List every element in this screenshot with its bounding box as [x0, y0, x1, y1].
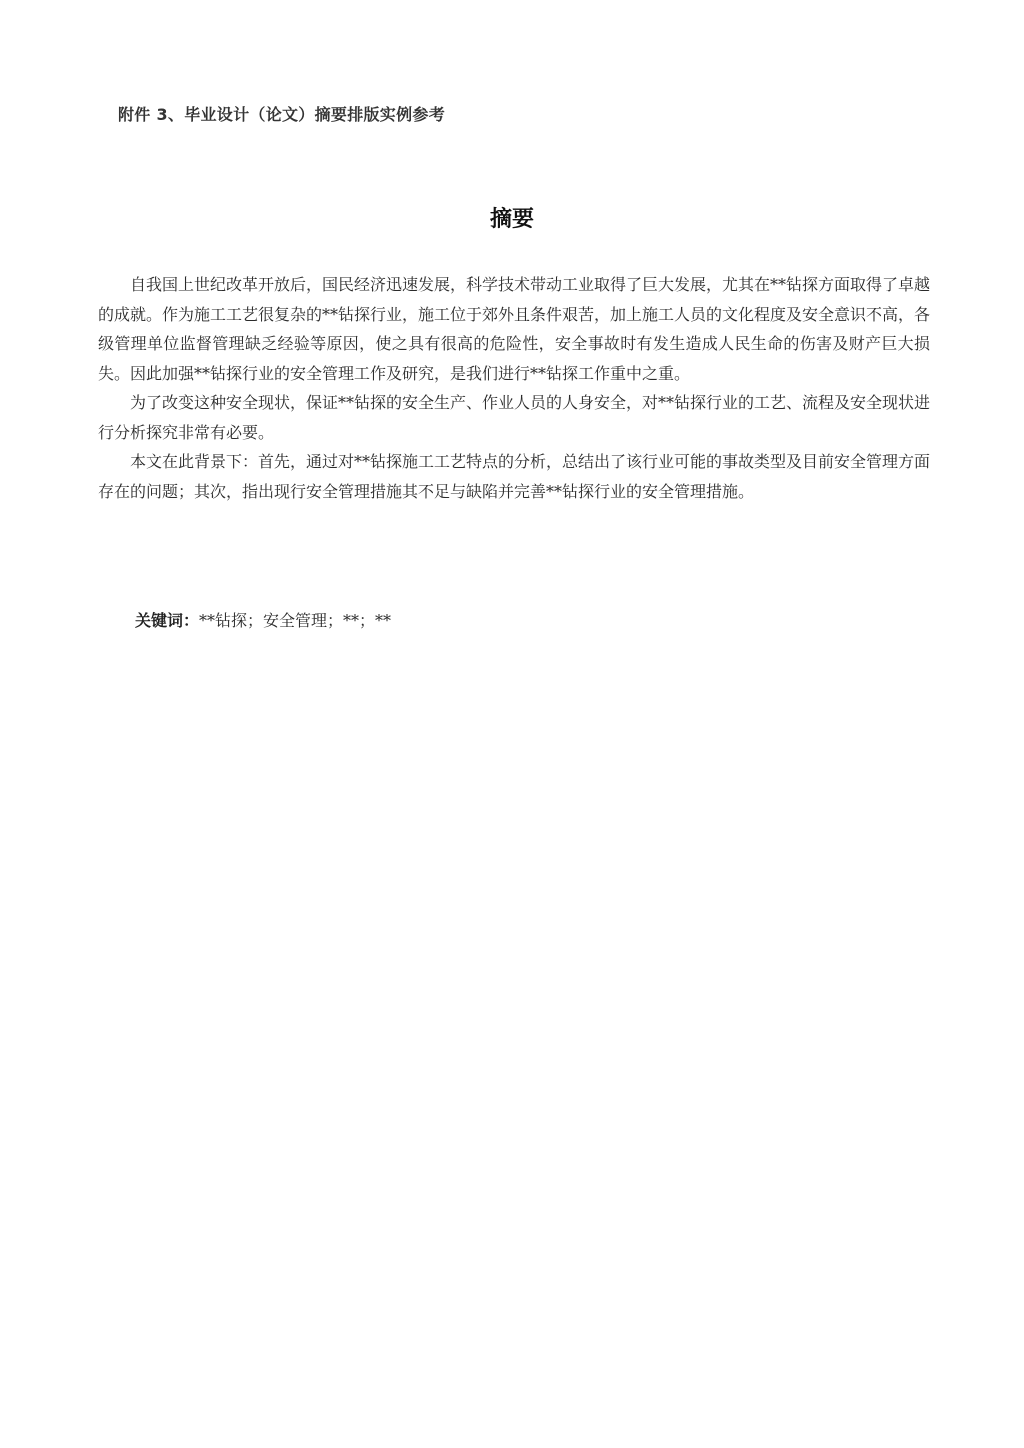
abstract-paragraph-1: 自我国上世纪改革开放后，国民经济迅速发展，科学技术带动工业取得了巨大发展，尤其在… [98, 270, 930, 388]
keywords-value: **钻探；安全管理；**；** [199, 611, 391, 630]
abstract-body: 自我国上世纪改革开放后，国民经济迅速发展，科学技术带动工业取得了巨大发展，尤其在… [98, 270, 930, 506]
attachment-label: 附件 3、毕业设计（论文）摘要排版实例参考 [118, 102, 445, 125]
keywords-label: 关键词： [135, 611, 199, 630]
keywords-line: 关键词：**钻探；安全管理；**；** [135, 608, 391, 631]
abstract-paragraph-2: 为了改变这种安全现状，保证**钻探的安全生产、作业人员的人身安全，对**钻探行业… [98, 388, 930, 447]
abstract-title: 摘要 [0, 202, 1024, 233]
abstract-paragraph-3: 本文在此背景下：首先，通过对**钻探施工工艺特点的分析，总结出了该行业可能的事故… [98, 447, 930, 506]
